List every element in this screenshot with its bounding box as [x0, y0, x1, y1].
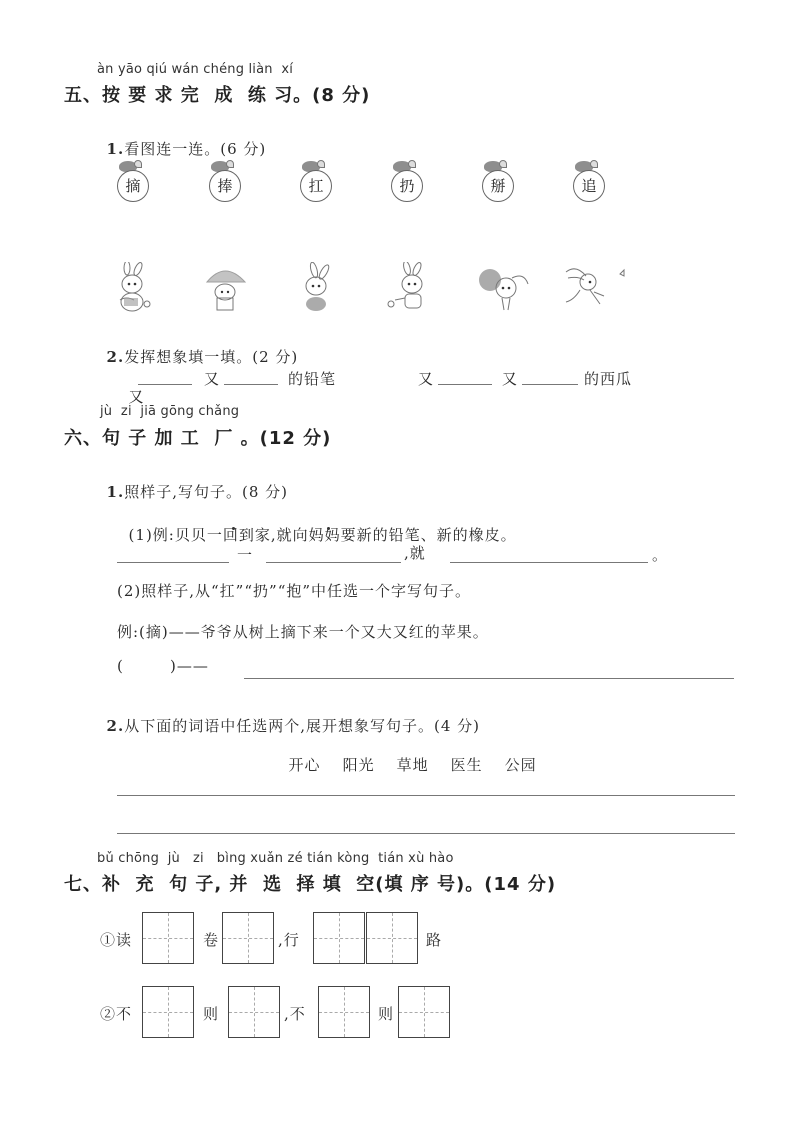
section5-pinyin: àn yāo qiú wán chéng liàn xí [97, 62, 293, 77]
section6-pinyin: jù zi jiā gōng chǎng [100, 404, 239, 419]
char-box[interactable] [142, 986, 194, 1038]
bunny-mushroom-image[interactable] [203, 262, 249, 314]
answer-line-1[interactable] [117, 795, 735, 796]
row2-mid2: ,不 [284, 1003, 306, 1024]
word-you: 又 [502, 370, 518, 388]
row2-mid3: 则 [378, 1003, 394, 1024]
blank-s1b[interactable] [266, 562, 401, 563]
carrot-char-3[interactable]: 扛 [300, 160, 334, 204]
bunny-carrying-bush-image[interactable] [476, 262, 536, 314]
blank-2b[interactable] [522, 384, 578, 385]
answer-line-2[interactable] [117, 833, 735, 834]
word-item: 公园 [505, 756, 537, 774]
carrot-char-4[interactable]: 扔 [391, 160, 425, 204]
row1-label: ①读 [100, 929, 132, 950]
row1-mid: 卷 [203, 929, 219, 950]
phrase-pencil: 的铅笔 [288, 370, 336, 388]
period: 。 [652, 546, 668, 564]
blank-s1a[interactable] [117, 562, 229, 563]
q-text: 从下面的词语中任选两个,展开想象写句子。(4 分) [124, 717, 480, 735]
section7-pinyin: bǔ chōng jù zi bìng xuǎn zé tián kòng ti… [97, 851, 454, 866]
char-box[interactable] [366, 912, 418, 964]
s5-q1: 1.看图连一连。(6 分) [95, 120, 266, 159]
word-item: 医生 [451, 756, 483, 774]
char-box[interactable] [398, 986, 450, 1038]
char-box[interactable] [318, 986, 370, 1038]
char-label: 扔 [391, 170, 423, 202]
s6-q1: 1.照样子,写句子。(8 分) [95, 463, 288, 502]
blank-2a[interactable] [438, 384, 492, 385]
s6-q1-sub2: (2)照样子,从“扛”“扔”“抱”中任选一个字写句子。 [117, 580, 471, 601]
example-sentence: 贝贝一回到家,就向妈妈要新的铅笔、新的橡皮。 [175, 526, 517, 544]
emphasis-dot [232, 527, 235, 530]
q-number: 1. [107, 140, 125, 158]
q-text: 照样子,写句子。(8 分) [124, 483, 288, 501]
blank-s1c[interactable] [450, 562, 648, 563]
char-label: 捧 [209, 170, 241, 202]
char-box[interactable] [222, 912, 274, 964]
char-label: 掰 [482, 170, 514, 202]
s6-q2: 2.从下面的词语中任选两个,展开想象写句子。(4 分) [95, 697, 480, 736]
char-box[interactable] [228, 986, 280, 1038]
s6-q1-sub2-example: 例:(摘)——爷爷从树上摘下来一个又大又红的苹果。 [117, 621, 489, 642]
word-jiu: ,就 [404, 544, 426, 562]
char-label: 扛 [300, 170, 332, 202]
row2-label: ②不 [100, 1003, 132, 1024]
word-you: 又 [204, 370, 220, 388]
s6-q1-example: (1)例:贝贝一回到家,就向妈妈要新的铅笔、新的橡皮。 [117, 506, 517, 545]
answer-line-sub2[interactable] [244, 678, 734, 679]
carrot-char-1[interactable]: 摘 [117, 160, 151, 204]
blank-1b[interactable] [224, 384, 278, 385]
bunny-picking-image[interactable] [112, 262, 158, 314]
q-text: 看图连一连。(6 分) [124, 140, 266, 158]
section7-title: 七、补 充 句 子, 并 选 择 填 空(填 序 号)。(14 分) [64, 870, 556, 896]
s5-q2: 2.发挥想象填一填。(2 分) [95, 328, 298, 367]
row1-mid2: ,行 [278, 929, 300, 950]
fill-item-1: 又 [117, 368, 145, 407]
word-item: 开心 [289, 756, 321, 774]
char-box[interactable] [142, 912, 194, 964]
char-box[interactable] [313, 912, 365, 964]
phrase-watermelon: 的西瓜 [584, 370, 632, 388]
word-item: 阳光 [343, 756, 375, 774]
carrot-char-2[interactable]: 捧 [209, 160, 243, 204]
carrot-char-5[interactable]: 掰 [482, 160, 516, 204]
char-label: 追 [573, 170, 605, 202]
example-prefix: (1)例: [129, 526, 175, 544]
row2-mid: 则 [203, 1003, 219, 1024]
q-number: 1. [107, 483, 125, 501]
blank-1a[interactable] [138, 384, 192, 385]
section5-title: 五、按 要 求 完 成 练 习。(8 分) [64, 81, 370, 107]
word-bank: 开心阳光草地医生公园 [277, 736, 559, 775]
bunny-throwing-image[interactable] [385, 262, 431, 314]
char-label: 摘 [117, 170, 149, 202]
q-number: 2. [107, 717, 125, 735]
s6-q1-sub2-answer-prefix: ( )—— [117, 657, 209, 675]
emphasis-dot [327, 527, 330, 530]
word-item: 草地 [397, 756, 429, 774]
section6-title: 六、句 子 加 工 厂 。(12 分) [64, 424, 331, 450]
carrot-char-6[interactable]: 追 [573, 160, 607, 204]
q-text: 发挥想象填一填。(2 分) [124, 348, 298, 366]
bunny-chasing-butterfly-image[interactable] [560, 262, 632, 314]
bunny-holding-basket-image[interactable] [294, 262, 340, 314]
word-yi: 一 [237, 546, 253, 564]
word-you: 又 [418, 370, 434, 388]
q-number: 2. [107, 348, 125, 366]
row1-end: 路 [426, 929, 442, 950]
